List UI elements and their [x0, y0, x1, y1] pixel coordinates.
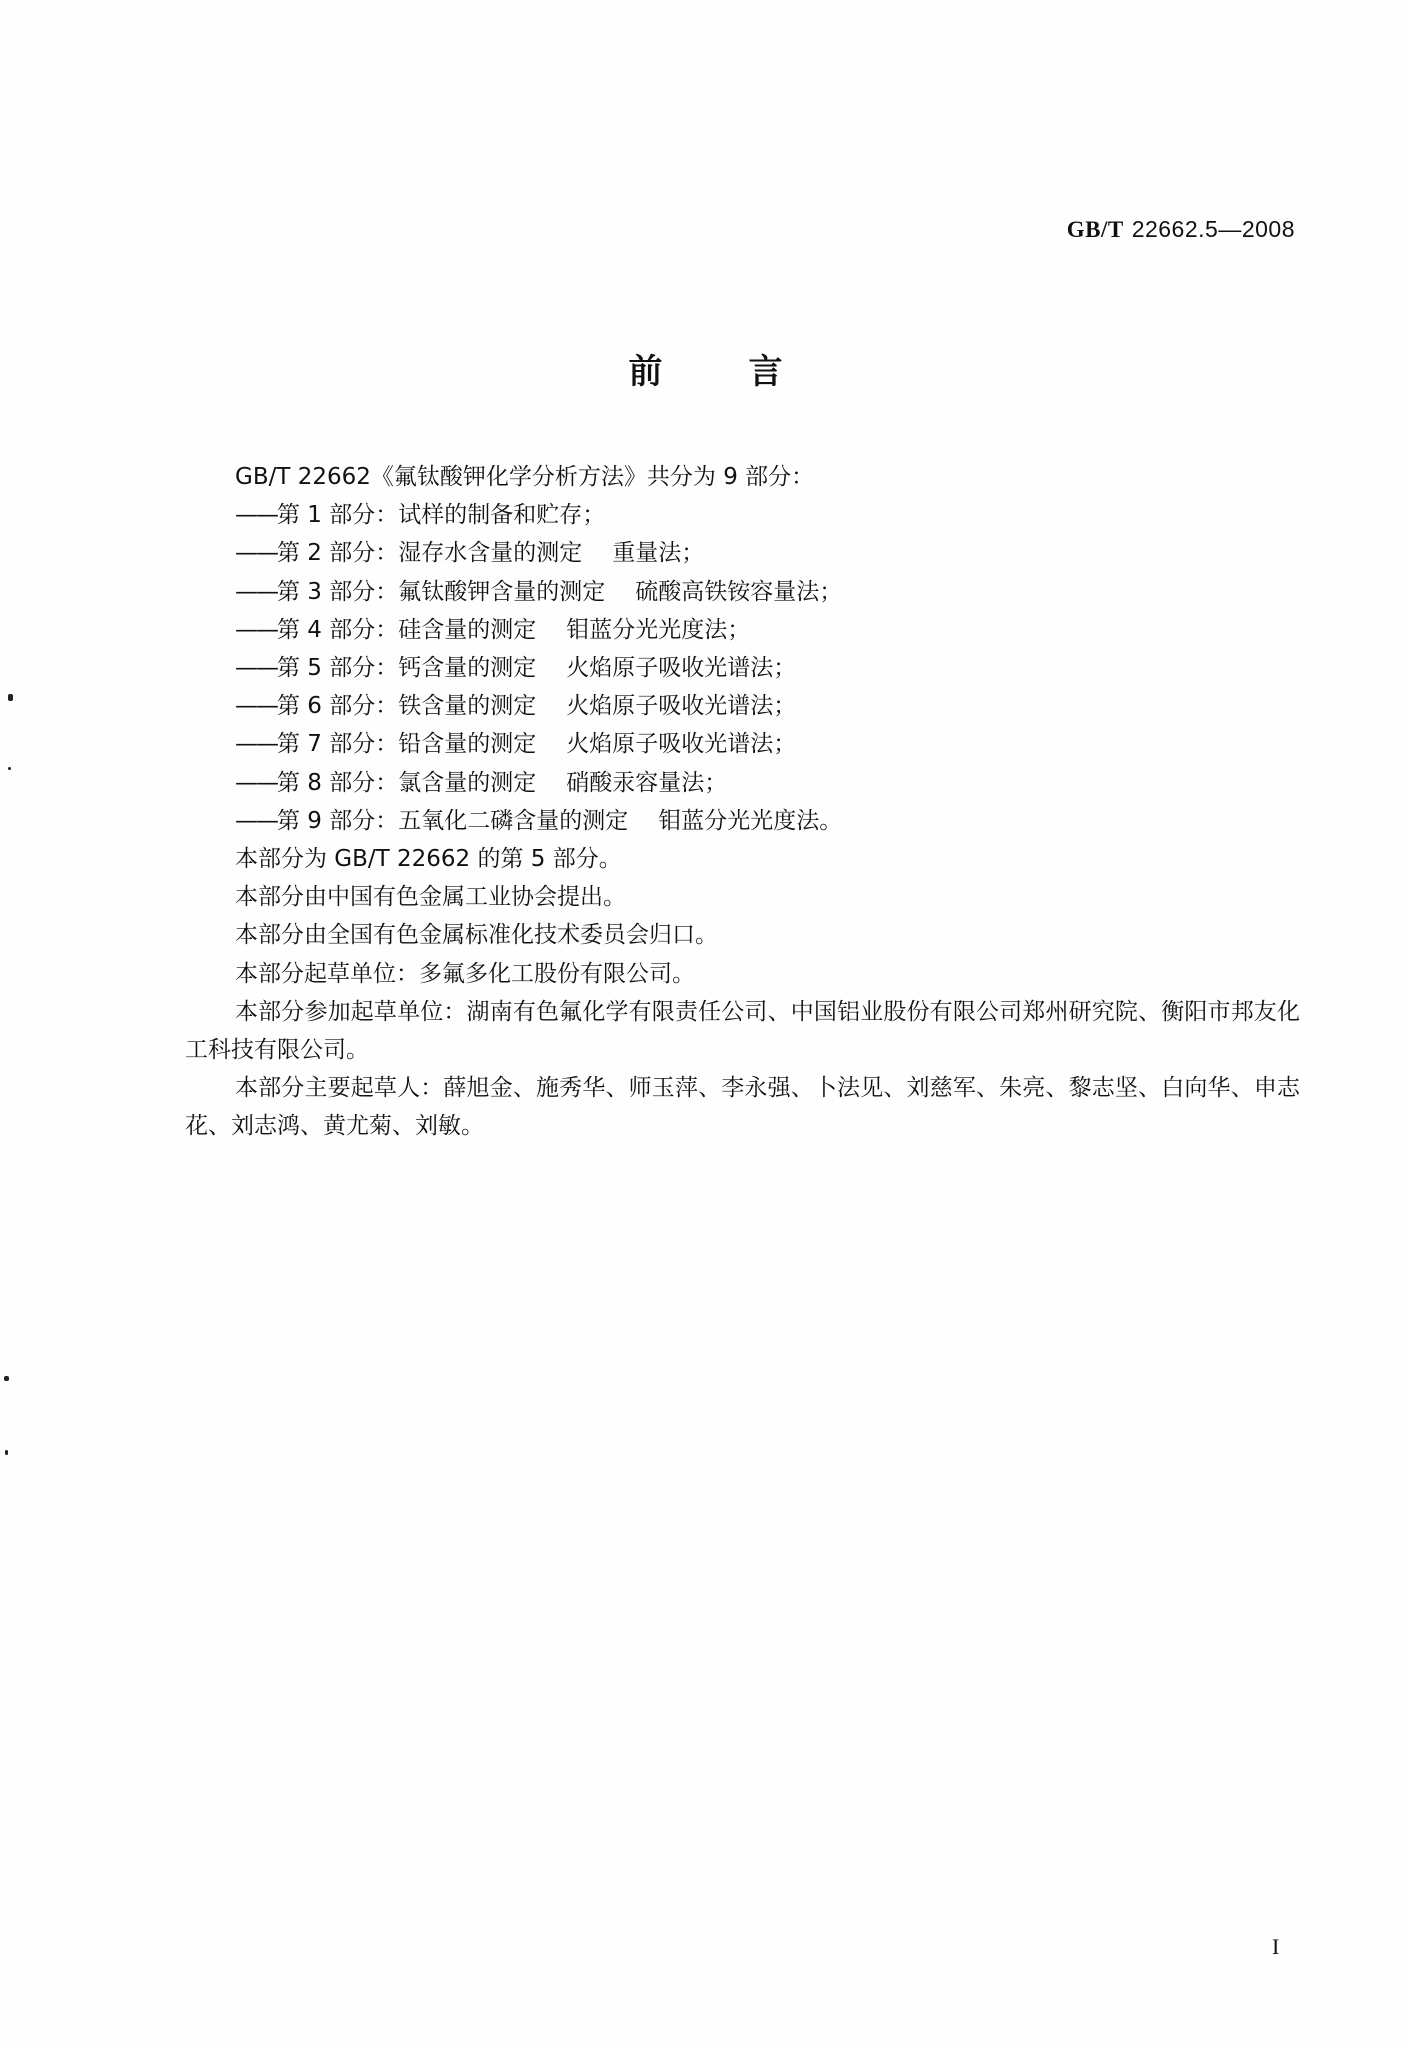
part-item-2: ——第 2 部分：湿存水含量的测定重量法； — [185, 534, 1300, 572]
page-title: 前言 — [0, 344, 1411, 393]
proposed-by-statement: 本部分由中国有色金属工业协会提出。 — [185, 878, 1300, 916]
main-drafters-statement: 本部分主要起草人：薛旭金、施秀华、师玉萍、李永强、卜法见、刘慈军、朱亮、黎志坚、… — [185, 1069, 1300, 1145]
standard-number: GB/T22662.5—2008 — [1067, 216, 1295, 243]
title-char-2: 言 — [749, 344, 783, 393]
drafting-unit-statement: 本部分起草单位：多氟多化工股份有限公司。 — [185, 955, 1300, 993]
part-item-3: ——第 3 部分：氟钛酸钾含量的测定硫酸高铁铵容量法； — [185, 573, 1300, 611]
intro-line: GB/T 22662《氟钛酸钾化学分析方法》共分为 9 部分： — [185, 458, 1300, 496]
part-item-4: ——第 4 部分：硅含量的测定钼蓝分光光度法； — [185, 611, 1300, 649]
part-item-5: ——第 5 部分：钙含量的测定火焰原子吸收光谱法； — [185, 649, 1300, 687]
document-page: GB/T22662.5—2008 前言 GB/T 22662《氟钛酸钾化学分析方… — [0, 0, 1411, 2048]
foreword-body: GB/T 22662《氟钛酸钾化学分析方法》共分为 9 部分： ——第 1 部分… — [185, 458, 1300, 1146]
part-of-statement: 本部分为 GB/T 22662 的第 5 部分。 — [185, 840, 1300, 878]
part-item-9: ——第 9 部分：五氧化二磷含量的测定钼蓝分光光度法。 — [185, 802, 1300, 840]
centralized-by-statement: 本部分由全国有色金属标准化技术委员会归口。 — [185, 916, 1300, 954]
scan-speck — [4, 1376, 9, 1381]
part-item-7: ——第 7 部分：铅含量的测定火焰原子吸收光谱法； — [185, 725, 1300, 763]
participating-units-statement: 本部分参加起草单位：湖南有色氟化学有限责任公司、中国铝业股份有限公司郑州研究院、… — [185, 993, 1300, 1069]
page-number: I — [1272, 1934, 1279, 1960]
scan-speck — [8, 694, 13, 701]
standard-code: 22662.5—2008 — [1132, 216, 1295, 242]
part-item-1: ——第 1 部分：试样的制备和贮存； — [185, 496, 1300, 534]
standard-prefix: GB/T — [1067, 217, 1124, 242]
part-item-8: ——第 8 部分：氯含量的测定硝酸汞容量法； — [185, 764, 1300, 802]
title-char-1: 前 — [629, 344, 663, 393]
scan-speck — [8, 767, 11, 770]
scan-speck — [5, 1450, 8, 1455]
part-item-6: ——第 6 部分：铁含量的测定火焰原子吸收光谱法； — [185, 687, 1300, 725]
